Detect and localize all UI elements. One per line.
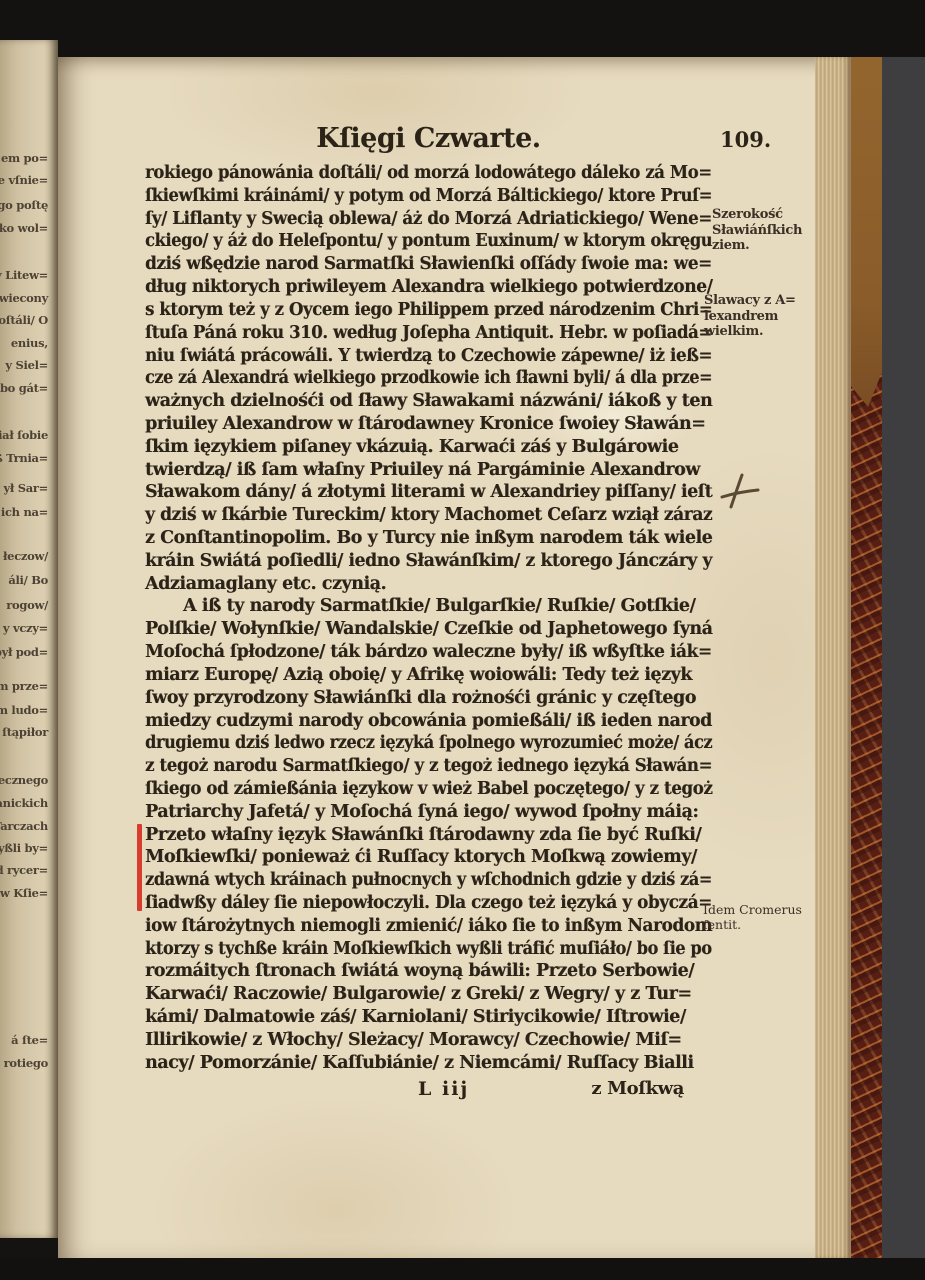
marginal-note-line: ſentit. (703, 917, 802, 932)
photo-background-bottom (0, 1258, 925, 1280)
facing-page-text-fragment: em po= (1, 152, 48, 164)
facing-page-text-fragment: łeczow/ (3, 550, 48, 562)
red-reader-mark-line (137, 824, 142, 911)
facing-page-text-fragment: im ludo= (0, 704, 48, 716)
facing-page-text-fragment: y Siel= (5, 359, 48, 371)
marginal-note-slawacy: Slawacy z A= lexandrem wielkim. (704, 293, 796, 340)
text-line: zdawná wtych kráinach pułnocnych y wſcho… (145, 869, 667, 892)
text-line: y dziś w ſkárbie Tureckim/ ktory Machome… (145, 504, 699, 527)
marginal-note-line: Idem Cromerus (703, 902, 802, 917)
page-number: 109. (720, 127, 771, 152)
text-line: ſkim ięzykiem piſaney vkázuią. Karwaći z… (145, 436, 712, 459)
text-line: ſiadwßy dáley ſie niepowłoczyli. Dla cze… (145, 892, 692, 915)
text-line: Moſochá ſpłodzone/ ták bárdzo waleczne b… (145, 641, 695, 664)
marginal-note-szerokosc: Szerokość Sławiáńſkich ziem. (712, 207, 802, 254)
main-text-block: rokiego pánowánia doſtáli/ od morzá lodo… (145, 162, 712, 1075)
gathering-signature: L iij (418, 1078, 469, 1100)
facing-page-text-fragment: aß Trnia= (0, 452, 48, 464)
facing-page-text-fragment: wyßli by= (0, 842, 48, 854)
facing-page-text-fragment: ie vſnie= (0, 174, 48, 186)
facing-page-text-fragment: ſwiecony (0, 292, 48, 304)
text-line: z tegoż narodu Sarmatſkiego/ y z tegoż i… (145, 755, 684, 778)
facing-page-edge: em po=ie vſnie=ego poſtęiáko wol=y Litew… (0, 40, 58, 1238)
text-line: Polſkie/ Wołynſkie/ Wandalskie/ Czeſkie … (145, 618, 709, 641)
text-line: A iß ty narody Sarmatſkie/ Bulgarſkie/ R… (145, 595, 712, 618)
marginal-note-line: lexandrem (704, 309, 796, 325)
book-page: Kſięgi Czwarte. 109. rokiego pánowánia d… (58, 57, 851, 1258)
facing-page-text-fragment: od ich na= (0, 506, 48, 518)
photo-background-top (0, 0, 925, 57)
text-line: Karwaći/ Raczowie/ Bulgarowie/ z Greki/ … (145, 983, 712, 1006)
catchword: z Moſkwą (591, 1078, 684, 1099)
facing-page-text-fragment: y vczy= (3, 622, 48, 634)
marginal-note-line: Sławiáńſkich (712, 223, 802, 239)
text-line: dług niktorych priwileyem Alexandra wiel… (145, 276, 700, 299)
text-line: kámi/ Dalmatowie záś/ Karniolani/ Stiriy… (145, 1006, 712, 1029)
page-fore-edge (815, 57, 851, 1258)
running-header-title: Kſięgi Czwarte. (145, 123, 712, 154)
facing-page-text-fragment: iáko wol= (0, 222, 48, 234)
text-line: kráin Swiátá poſiedli/ iedno Sławánſkim/… (145, 550, 704, 573)
text-line: ſwoy przyrodzony Sławiánſki dla rożnośći… (145, 687, 712, 710)
text-line: ſy/ Liflanty y Swecią oblewa/ áż do Morz… (145, 208, 688, 231)
facing-page-text-fragment: enius, (11, 337, 48, 349)
marginal-note-line: wielkim. (704, 324, 796, 340)
facing-page-text-fragment: ego poſtę (0, 199, 48, 211)
facing-page-text-fragment: áli/ Bo (8, 574, 48, 586)
facing-page-text-fragment: oſtáli/ O (0, 314, 48, 326)
text-line: Illirikowie/ z Włochy/ Sleżacy/ Morawcy/… (145, 1029, 712, 1052)
facing-page-text-fragment: ám prze= (0, 680, 48, 692)
text-line: ckiego/ y áż do Heleſpontu/ y pontum Eux… (145, 230, 672, 253)
marginal-note-line: Szerokość (712, 207, 802, 223)
facing-page-text-fragment: był pod= (0, 646, 48, 658)
text-line: rozmáitych ſtronach ſwiátá woyną báwili:… (145, 960, 712, 983)
text-line: ſkiego od zámießánia ięzykow v wież Babe… (145, 778, 685, 801)
facing-page-text-fragment: lanickich (0, 797, 48, 809)
text-line: ſkiewſkimi kráinámi/ y potym od Morzá Bá… (145, 185, 677, 208)
text-line: cze zá Alexandrá wielkiego przodkowie ic… (145, 367, 664, 390)
facing-page-text-fragment: áiał ſobie (0, 429, 48, 441)
facing-page-text-fragment: rotiego (4, 1057, 48, 1069)
marginal-note-cromerus: Idem Cromerus ſentit. (703, 902, 802, 932)
text-line: dziś wßędzie narod Sarmatſki Sławienſki … (145, 253, 693, 276)
book-cover-leather-top (851, 57, 882, 407)
text-line: drugiemu dziś ledwo rzecz ięzyká ſpolneg… (145, 732, 668, 755)
facing-page-text-fragment: bo gát= (0, 382, 48, 394)
text-line: miedzy cudzymi narody obcowánia pomießál… (145, 710, 706, 733)
text-line: niu ſwiátá prácowáli. Y twierdzą to Czec… (145, 345, 689, 368)
text-line: iow ſtárożytnych niemogli zmienić/ iáko … (145, 915, 695, 938)
text-line: Patriarchy Jafetá/ y Moſochá ſyná iego/ … (145, 801, 712, 824)
marginal-note-line: ziem. (712, 238, 802, 254)
text-line: nacy/ Pomorzánie/ Kaſſubiánie/ z Niemcám… (145, 1052, 712, 1075)
facing-page-text-fragment: á ſte= (11, 1034, 48, 1046)
text-line: Moſkiewſki/ ponieważ ći Ruſſacy ktorych … (145, 846, 712, 869)
text-line: Sławakom dány/ á złotymi literami w Alex… (145, 481, 706, 504)
facing-page-text-fragment: Tarczach (0, 820, 48, 832)
text-line: priuiley Alexandrow w ſtárodawney Kronic… (145, 413, 712, 436)
signature-row: L iij z Moſkwą (145, 1078, 712, 1102)
facing-page-text-fragment: ył Sar= (4, 482, 48, 494)
text-line: ſtuſa Páná roku 310. według Joſepha Anti… (145, 322, 682, 345)
facing-page-text-fragment: w Kſie= (0, 887, 48, 899)
facing-page-text-fragment: rogow/ (6, 599, 48, 611)
facing-page-text-fragment: ſtąpiłor (2, 726, 48, 738)
text-line: ważnych dzielnośći od ſławy Sławakami ná… (145, 390, 712, 413)
facing-page-text-fragment: y Litew= (0, 269, 48, 281)
facing-page-text-fragment: od rycer= (0, 864, 48, 876)
text-line: twierdzą/ iß ſam właſny Priuiley ná Parg… (145, 459, 712, 482)
text-line: Adziamaglany etc. czynią. (145, 573, 712, 596)
marginal-note-line: Slawacy z A= (704, 293, 796, 309)
text-line: ktorzy s tychße kráin Moſkiewſkich wyßli… (145, 938, 669, 961)
text-line: s ktorym też y z Oycem iego Philippem pr… (145, 299, 683, 322)
handwritten-cross-icon (718, 471, 762, 511)
text-line: rokiego pánowánia doſtáli/ od morzá lodo… (145, 162, 680, 185)
text-line: miarz Europę/ Azią oboię/ y Afrikę woiow… (145, 664, 712, 687)
book-cover-marbled-edge (851, 57, 882, 1258)
facing-page-text-fragment: łecznego (0, 774, 48, 786)
text-line: z Conſtantinopolim. Bo y Turcy nie inßym… (145, 527, 710, 550)
text-line: Przeto właſny ięzyk Sławánſki ſtárodawny… (145, 824, 712, 847)
